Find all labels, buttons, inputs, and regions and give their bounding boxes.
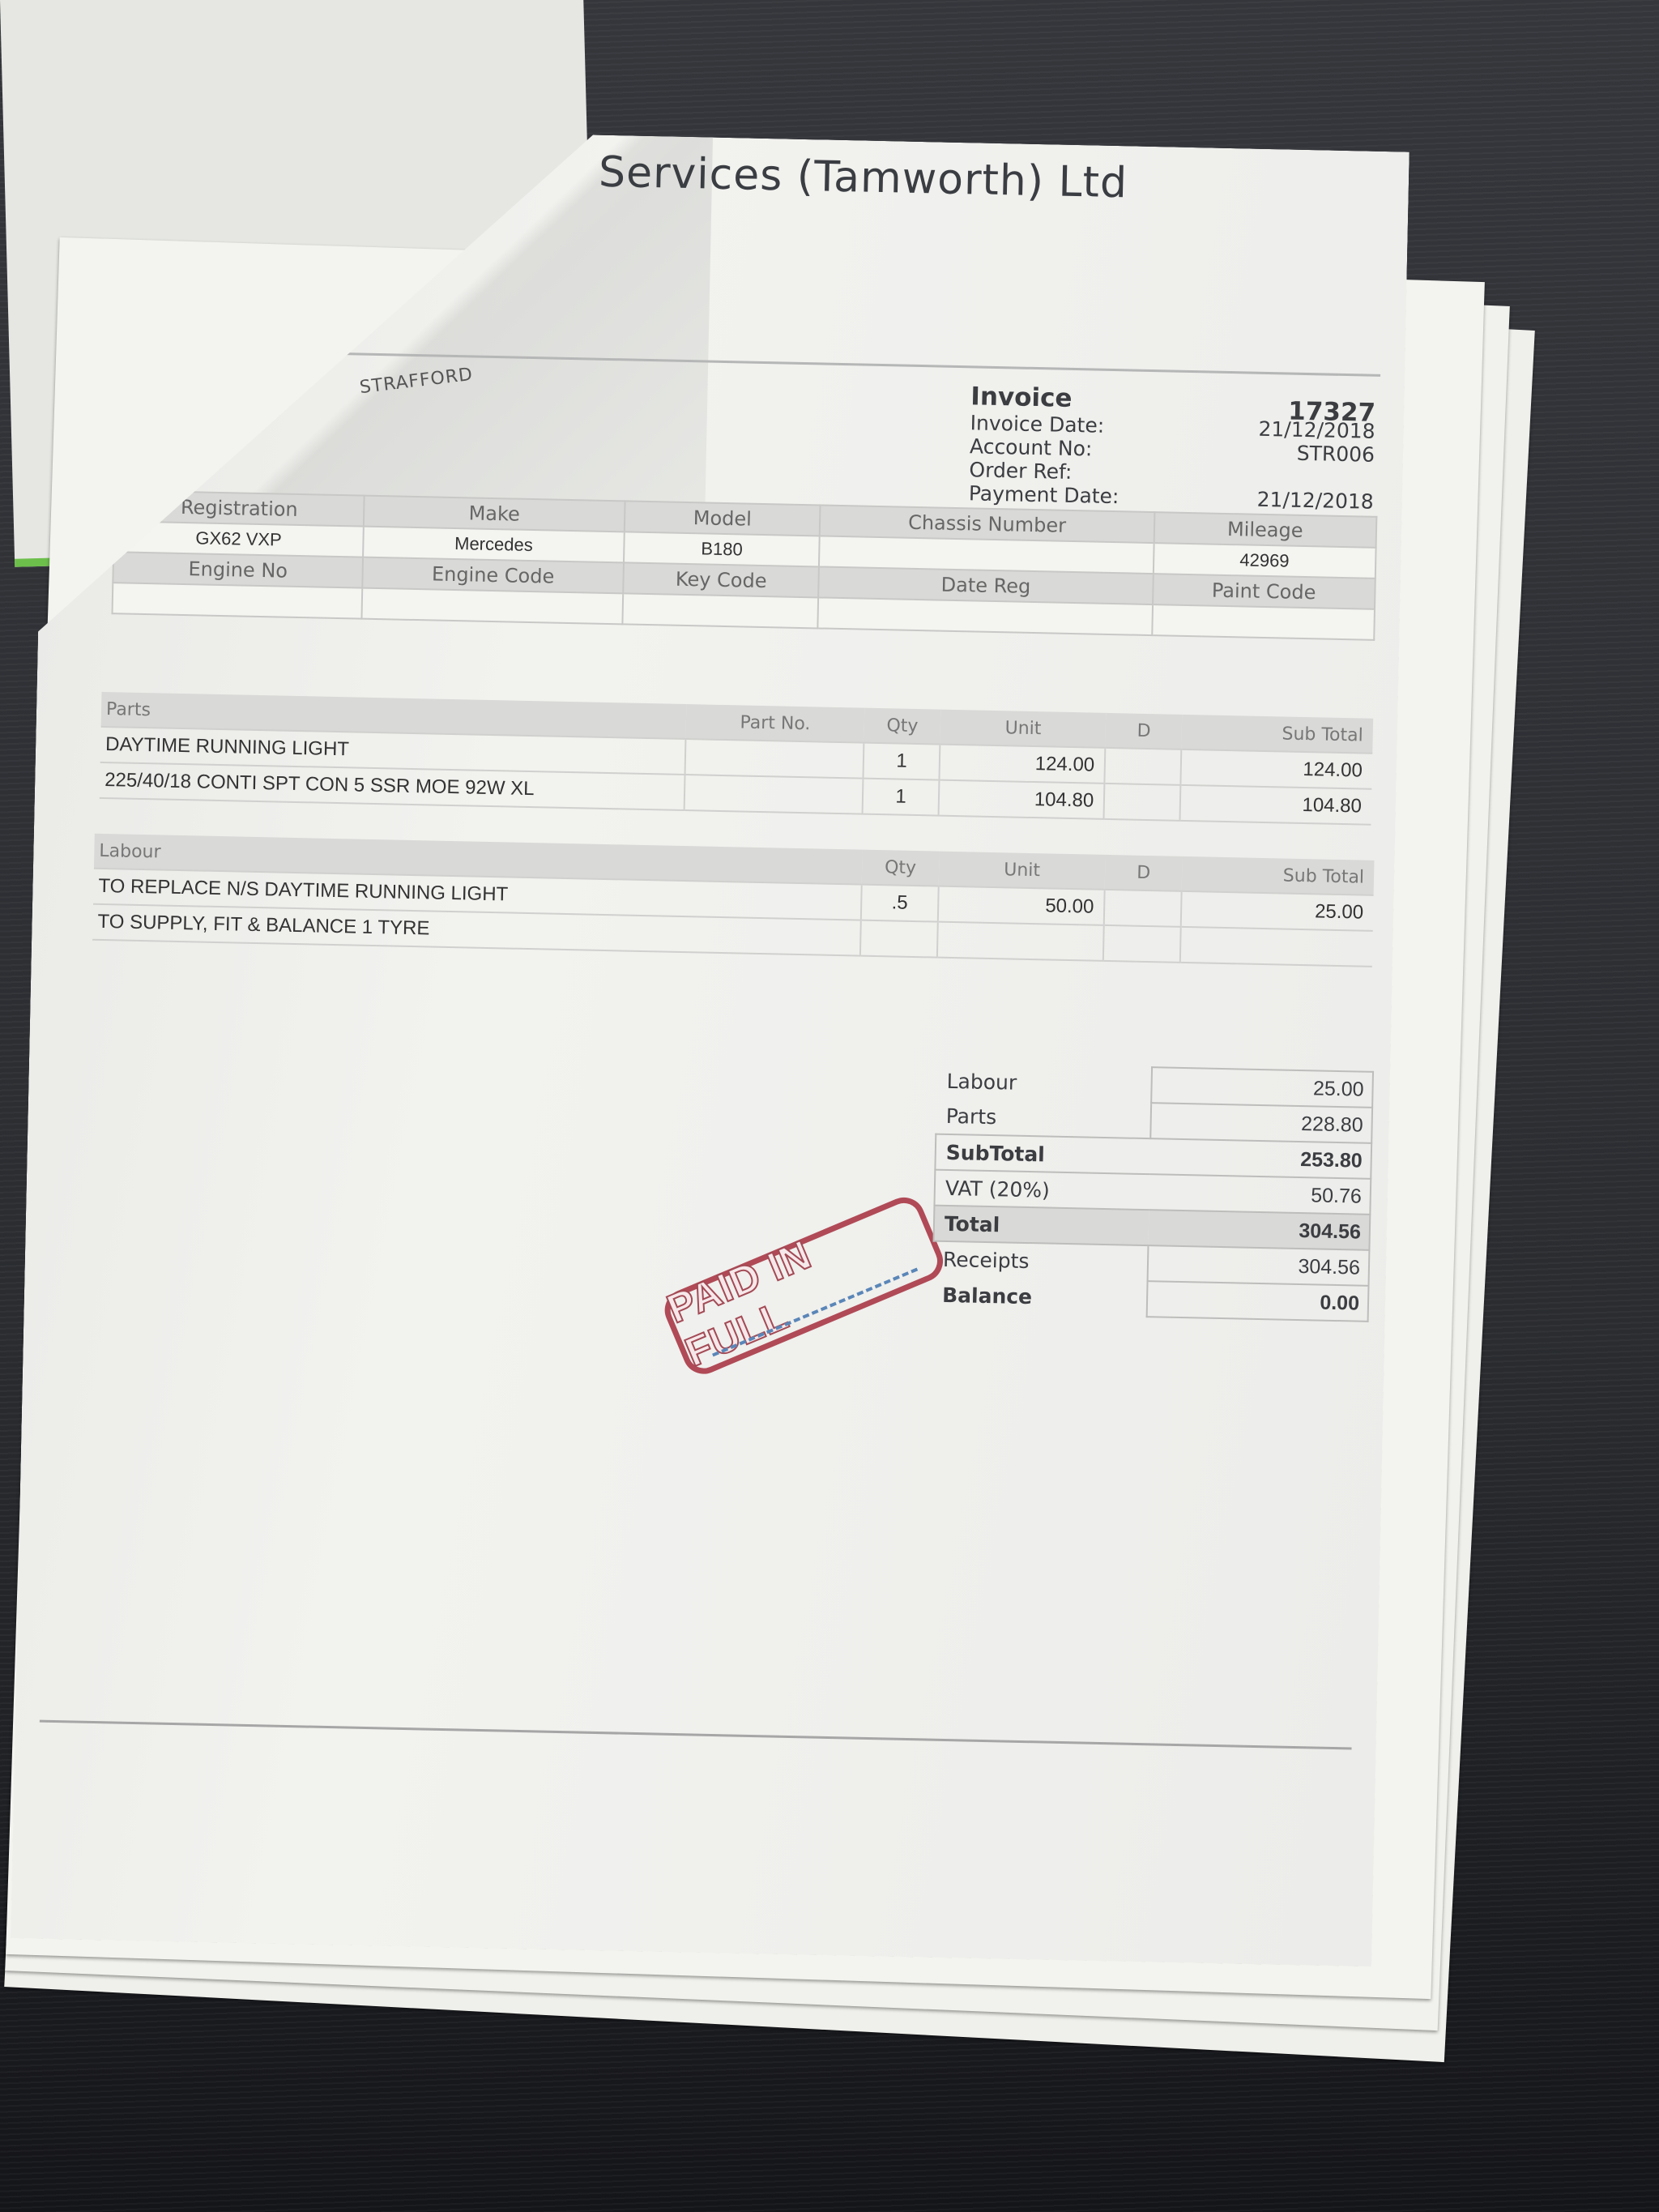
key-code-value	[622, 593, 818, 628]
vehicle-details-table: Registration Make Model Chassis Number M…	[112, 489, 1378, 641]
engine-code-value	[362, 588, 624, 625]
engine-no-value	[113, 583, 363, 618]
invoice-number: 17327	[1288, 397, 1376, 428]
footer-divider	[40, 1720, 1352, 1750]
date-reg-value	[818, 597, 1153, 635]
mileage-value: 42969	[1153, 543, 1375, 579]
labour-table: Labour Qty Unit D Sub Total TO REPLACE N…	[92, 834, 1374, 967]
model-value: B180	[624, 532, 820, 566]
paint-code-value	[1152, 604, 1375, 640]
parts-table: Parts Part No. Qty Unit D Sub Total DAYT…	[100, 692, 1373, 826]
totals-table: Labour25.00 Parts228.80 SubTotal253.80 V…	[932, 1062, 1374, 1322]
paid-in-full-stamp: PAID IN FULL	[659, 1191, 949, 1381]
